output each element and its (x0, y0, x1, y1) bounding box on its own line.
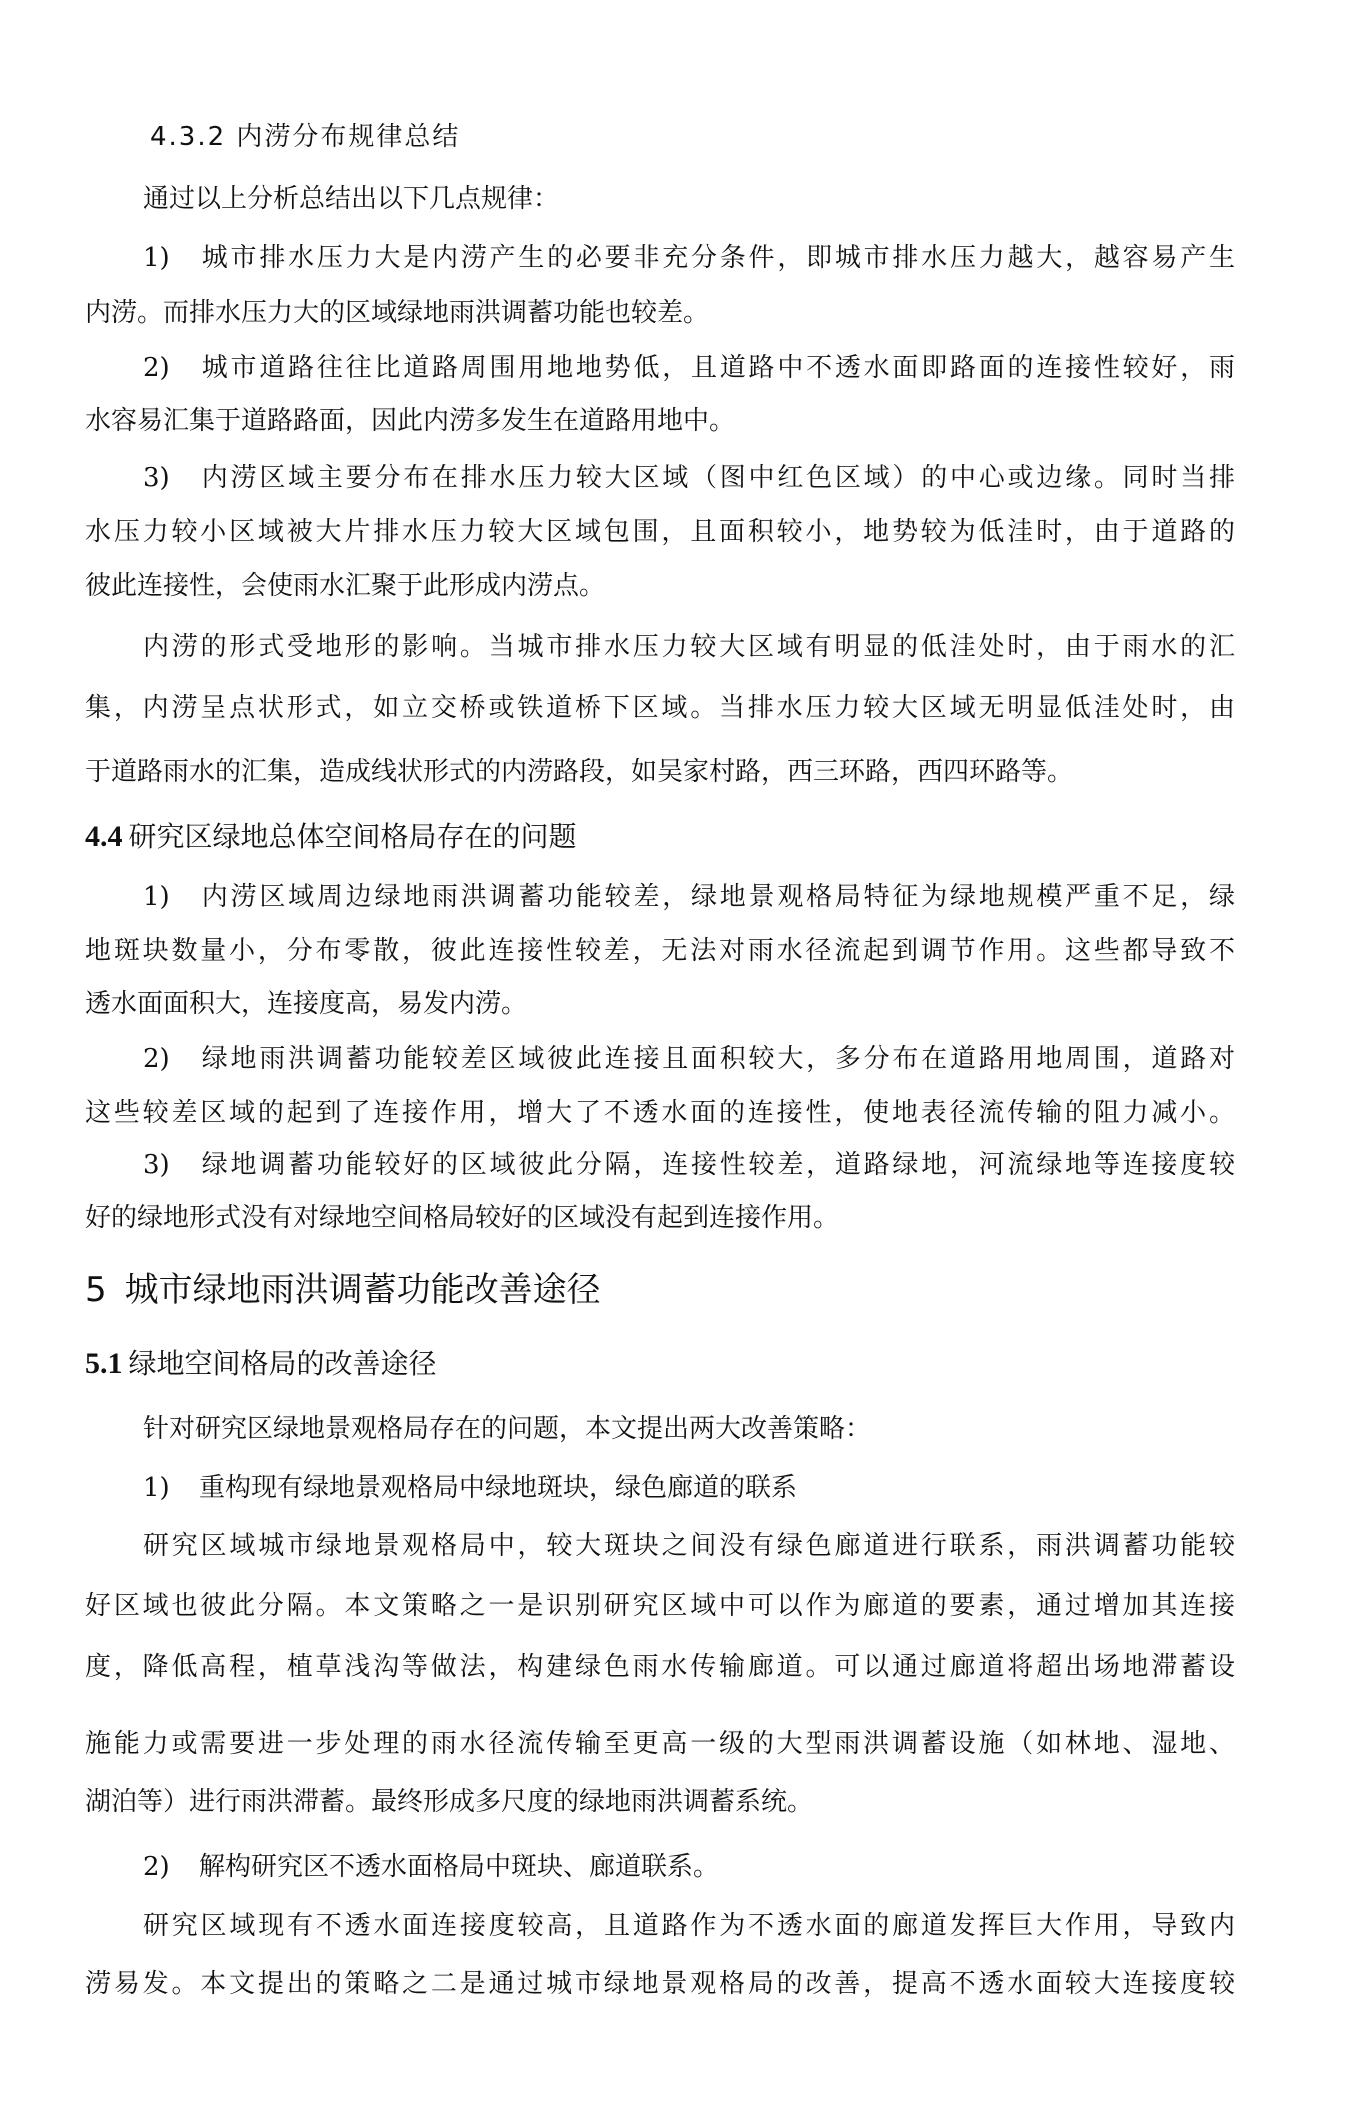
heading-number: 5.1 (85, 1347, 123, 1380)
strategy-title-1: 1)重构现有绿地景观格局中绿地斑块，绿色廊道的联系 (143, 1468, 1235, 1508)
item-number: 2) (143, 1039, 199, 1079)
heading-title: 研究区绿地总体空间格局存在的问题 (129, 820, 577, 853)
list-item-1-cont: 透水面面积大，连接度高，易发内涝。 (85, 984, 1235, 1024)
list-item-2: 2)绿地雨洪调蓄功能较差区域彼此连接且面积较大，多分布在道路用地周围，道路对 (143, 1039, 1235, 1079)
heading-number: 5 (85, 1270, 107, 1310)
list-item-3: 3)绿地调蓄功能较好的区域彼此分隔，连接性较差，道路绿地，河流绿地等连接度较 (143, 1145, 1235, 1185)
paragraph-line: 度，降低高程，植草浅沟等做法，构建绿色雨水传输廊道。可以通过廊道将超出场地滞蓄设 (85, 1647, 1235, 1687)
paragraph-line: 研究区域城市绿地景观格局中，较大斑块之间没有绿色廊道进行联系，雨洪调蓄功能较 (143, 1526, 1235, 1566)
paragraph-line: 湖泊等）进行雨洪滞蓄。最终形成多尺度的绿地雨洪调蓄系统。 (85, 1782, 1235, 1822)
heading-title: 城市绿地雨洪调蓄功能改善途径 (125, 1270, 601, 1310)
item-text: 内涝区域主要分布在排水压力较大区域（图中红色区域）的中心或边缘。同时当排 (199, 463, 1235, 493)
paragraph-line: 施能力或需要进一步处理的雨水径流传输至更高一级的大型雨洪调蓄设施（如林地、湿地、 (85, 1724, 1235, 1764)
heading-title: 绿地空间格局的改善途径 (129, 1347, 437, 1380)
paragraph-intro: 针对研究区绿地景观格局存在的问题，本文提出两大改善策略： (143, 1409, 1235, 1449)
paragraph-line: 好区域也彼此分隔。本文策略之一是识别研究区域中可以作为廊道的要素，通过增加其连接 (85, 1586, 1235, 1626)
heading-number: 4.4 (85, 820, 123, 853)
chapter-heading-5: 5城市绿地雨洪调蓄功能改善途径 (85, 1265, 601, 1315)
paragraph-line: 于道路雨水的汇集，造成线状形式的内涝路段，如吴家村路，西三环路，西四环路等。 (85, 752, 1235, 792)
list-item-2-cont: 这些较差区域的起到了连接作用，增大了不透水面的连接性，使地表径流传输的阻力减小。 (85, 1093, 1235, 1133)
list-item-3: 3)内涝区域主要分布在排水压力较大区域（图中红色区域）的中心或边缘。同时当排 (143, 458, 1235, 498)
heading-number: 4.3.2 (150, 122, 226, 152)
paragraph-intro: 通过以上分析总结出以下几点规律： (143, 179, 1235, 219)
list-item-1: 1)城市排水压力大是内涝产生的必要非充分条件，即城市排水压力越大，越容易产生 (143, 238, 1235, 278)
heading-title: 内涝分布规律总结 (236, 122, 460, 152)
strategy-title: 解构研究区不透水面格局中斑块、廊道联系。 (199, 1852, 719, 1882)
section-heading-4-4: 4.4研究区绿地总体空间格局存在的问题 (85, 815, 577, 859)
list-item-2-cont: 水容易汇集于道路路面，因此内涝多发生在道路用地中。 (85, 401, 1235, 441)
item-number: 1) (143, 877, 199, 917)
paragraph-line: 内涝的形式受地形的影响。当城市排水压力较大区域有明显的低洼处时，由于雨水的汇 (143, 627, 1235, 667)
item-number: 3) (143, 1145, 199, 1185)
paragraph-line: 涝易发。本文提出的策略之二是通过城市绿地景观格局的改善，提高不透水面较大连接度较 (85, 1964, 1235, 2004)
subsection-heading-4-3-2: 4.3.2 内涝分布规律总结 (150, 117, 460, 157)
list-item-2: 2)城市道路往往比道路周围用地地势低，且道路中不透水面即路面的连接性较好，雨 (143, 348, 1235, 388)
item-text: 内涝区域周边绿地雨洪调蓄功能较差，绿地景观格局特征为绿地规模严重不足，绿 (199, 882, 1235, 912)
item-text: 绿地雨洪调蓄功能较差区域彼此连接且面积较大，多分布在道路用地周围，道路对 (199, 1044, 1235, 1074)
strategy-title: 重构现有绿地景观格局中绿地斑块，绿色廊道的联系 (199, 1473, 797, 1503)
list-item-1-cont: 地斑块数量小，分布零散，彼此连接性较差，无法对雨水径流起到调节作用。这些都导致不 (85, 931, 1235, 971)
list-item-3-cont: 水压力较小区域被大片排水压力较大区域包围，且面积较小，地势较为低洼时，由于道路的 (85, 512, 1235, 552)
list-item-1-cont: 内涝。而排水压力大的区域绿地雨洪调蓄功能也较差。 (85, 293, 1235, 333)
list-item-3-cont: 彼此连接性，会使雨水汇聚于此形成内涝点。 (85, 566, 1235, 606)
item-text: 城市排水压力大是内涝产生的必要非充分条件，即城市排水压力越大，越容易产生 (199, 243, 1235, 273)
item-number: 1) (143, 238, 199, 278)
item-text: 绿地调蓄功能较好的区域彼此分隔，连接性较差，道路绿地，河流绿地等连接度较 (199, 1150, 1235, 1180)
list-item-3-cont: 好的绿地形式没有对绿地空间格局较好的区域没有起到连接作用。 (85, 1198, 1235, 1238)
item-number: 3) (143, 458, 199, 498)
paragraph-line: 研究区域现有不透水面连接度较高，且道路作为不透水面的廊道发挥巨大作用，导致内 (143, 1906, 1235, 1946)
item-number: 2) (143, 1847, 199, 1887)
item-number: 2) (143, 348, 199, 388)
paragraph-line: 集，内涝呈点状形式，如立交桥或铁道桥下区域。当排水压力较大区域无明显低洼处时，由 (85, 688, 1235, 728)
section-heading-5-1: 5.1绿地空间格局的改善途径 (85, 1342, 437, 1386)
list-item-1: 1)内涝区域周边绿地雨洪调蓄功能较差，绿地景观格局特征为绿地规模严重不足，绿 (143, 877, 1235, 917)
strategy-title-2: 2)解构研究区不透水面格局中斑块、廊道联系。 (143, 1847, 1235, 1887)
item-text: 城市道路往往比道路周围用地地势低，且道路中不透水面即路面的连接性较好，雨 (199, 353, 1235, 383)
item-number: 1) (143, 1468, 199, 1508)
